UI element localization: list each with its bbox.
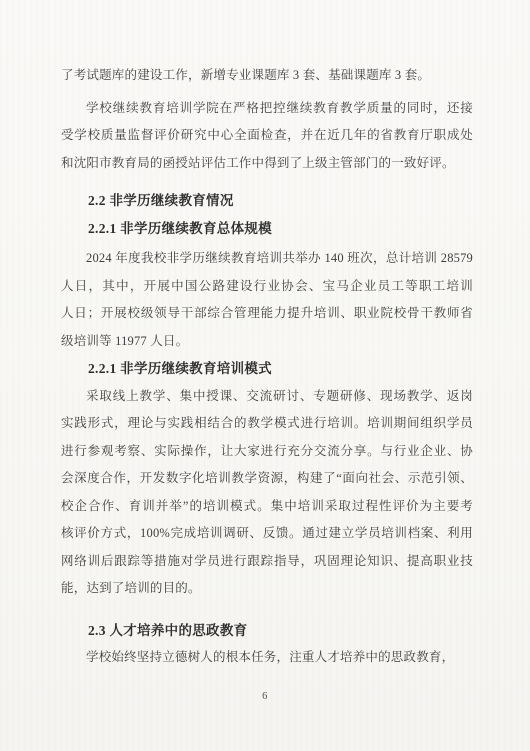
text-line: 进行参观考察、实际操作，让大家进行充分交流分享。与行业企业、协	[61, 438, 473, 466]
heading-2-2-1-training-mode: 2.2.1 非学历继续教育培训模式	[61, 355, 473, 383]
text-line: 学校继续教育培训学院在严格把控继续教育教学质量的同时，还接	[61, 95, 473, 123]
text-line: 学校始终坚持立德树人的根本任务，注重人才培养中的思政教育，	[61, 644, 473, 672]
text-line: 核评价方式，100%完成培训调研、反馈。通过建立学员培训档案、利用	[61, 520, 473, 548]
text-line: 能，达到了培训的目的。	[61, 575, 473, 603]
text-line: 了考试题库的建设工作，新增专业课题库 3 套、基础课题库 3 套。	[61, 62, 473, 90]
text-line: 采取线上教学、集中授课、交流研讨、专题研修、现场教学、返岗	[61, 383, 473, 411]
heading-2-2-non-degree-overview: 2.2 非学历继续教育情况	[61, 187, 473, 215]
text-line: 2024 年度我校非学历继续教育培训共举办 140 班次，总计培训 28579	[61, 245, 473, 273]
text-line: 受学校质量监督评价研究中心全面检查，并在近几年的省教育厅职成处	[61, 122, 473, 150]
heading-2-2-1-overall-scale: 2.2.1 非学历继续教育总体规模	[61, 215, 473, 243]
text-line: 实践形式，理论与实践相结合的教学模式进行培训。培训期间组织学员	[61, 410, 473, 438]
paragraph-exam-bank: 了考试题库的建设工作，新增专业课题库 3 套、基础课题库 3 套。	[61, 62, 473, 90]
text-line: 级培训等 11977 人日。	[61, 328, 473, 356]
document-page: 了考试题库的建设工作，新增专业课题库 3 套、基础课题库 3 套。 学校继续教育…	[0, 0, 530, 751]
paragraph-quality-review: 学校继续教育培训学院在严格把控继续教育教学质量的同时，还接 受学校质量监督评价研…	[61, 95, 473, 178]
page-number: 6	[0, 691, 530, 702]
text-line: 和沈阳市教育局的函授站评估工作中得到了上级主管部门的一致好评。	[61, 150, 473, 178]
paragraph-ideological-education: 学校始终坚持立德树人的根本任务，注重人才培养中的思政教育，	[61, 644, 473, 672]
text-line: 校企合作、育训并举”的培训模式。集中培训采取过程性评价为主要考	[61, 493, 473, 521]
text-line: 人日；开展校级领导干部综合管理能力提升培训、职业院校骨干教师省	[61, 300, 473, 328]
text-line: 网络训后跟踪等措施对学员进行跟踪指导，巩固理论知识、提高职业技	[61, 548, 473, 576]
text-line: 会深度合作，开发数字化培训教学资源，构建了“面向社会、示范引领、	[61, 465, 473, 493]
paragraph-training-scale: 2024 年度我校非学历继续教育培训共举办 140 班次，总计培训 28579 …	[61, 245, 473, 355]
text-line: 人日，其中，开展中国公路建设行业协会、宝马企业员工等职工培训 16602	[61, 273, 473, 301]
document-content: 了考试题库的建设工作，新增专业课题库 3 套、基础课题库 3 套。 学校继续教育…	[61, 62, 473, 672]
paragraph-training-mode: 采取线上教学、集中授课、交流研讨、专题研修、现场教学、返岗 实践形式，理论与实践…	[61, 383, 473, 603]
heading-2-3-ideological-education: 2.3 人才培养中的思政教育	[61, 617, 473, 645]
